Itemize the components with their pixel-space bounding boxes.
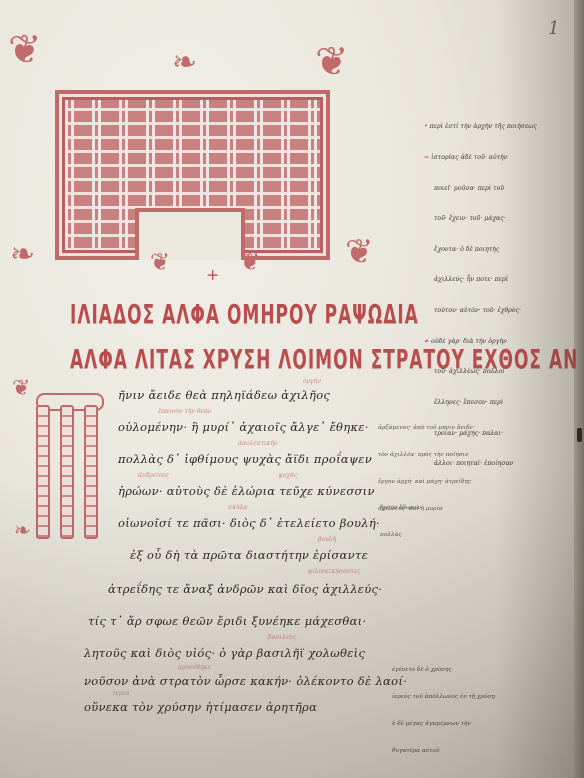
text-line: ἡρώων· αὐτοὺς δὲ ἑλώρια τεῦχε κύνεσσιν xyxy=(118,484,375,498)
flourish-ornament-top-center: ❧ xyxy=(172,48,197,78)
text-line: οἰωνοῖσί τε πᾶσι· διὸς δ᾿ ἐτελείετο βουλ… xyxy=(118,516,380,530)
scholia-lower-right-small: ἤγουν ἔδωκεν πολλάς xyxy=(380,486,421,558)
scholion-line: ≠ οὐδὲ γὰρ· διὰ τὴν ὀργὴν xyxy=(424,337,537,347)
initial-flourish-top: ❦ xyxy=(12,378,30,400)
interlinear-gloss: σκύλα xyxy=(228,504,248,511)
binding-edge xyxy=(574,0,584,778)
scholion-line: = ἱστορίας ἀδὲ τοῦ· αὐτὴν xyxy=(424,153,537,163)
scholion-line: πολλάς xyxy=(380,531,421,540)
scholion-line: • περὶ ἐστί τὴν ἀρχὴν τῆς ποιήσεως xyxy=(424,122,537,132)
flourish-ornament-bottom-inner-left: ❦ xyxy=(150,250,170,274)
interlinear-gloss: βουλή xyxy=(318,536,336,543)
scholion-line: ἱερεὺς τοῦ ἀπόλλωνος ἐν τῇ χρύσῃ xyxy=(392,693,495,702)
text-line: οὕνεκα τὸν χρύσην ἠτίμασεν ἀρητῆρα xyxy=(84,700,317,714)
flourish-ornament-top-right: ❦ xyxy=(315,42,349,82)
interlinear-gloss: ἀπολεστικήν xyxy=(238,440,278,447)
decorated-initial xyxy=(30,385,105,545)
interlinear-gloss: ψυχὰς xyxy=(278,472,297,479)
scholion-line: θυγατέρα αὐτοῦ xyxy=(392,747,495,756)
interlinear-gloss: ὀργὴν xyxy=(303,378,321,385)
ornamental-headpiece xyxy=(55,90,330,260)
scholion-line: τοῦ· ἔχειν· τοῦ· μάχας· xyxy=(424,214,537,224)
scholion-line: ποιεῖ· μοῦσα· περὶ τοῦ xyxy=(424,184,537,194)
interlinear-gloss: προσέθηκε xyxy=(178,664,211,671)
flourish-ornament-bottom-left: ❧ xyxy=(10,240,35,270)
initial-stem-right xyxy=(84,405,98,539)
scholion-line: ἀχιλλεύς· ἦν ποτε· περὶ xyxy=(424,275,537,285)
title-line-1: ΙΛΙΑΔΟΣ ΑΛΦΑ ΟΜΗΡΟΥ ΡΑΨΩΔΙΑ xyxy=(70,300,419,331)
text-line: ἀτρεΐδης τε ἄναξ ἀνδρῶν καὶ δῖος ἀχιλλεύ… xyxy=(108,582,382,596)
interlinear-gloss: ἔπαινον τὴν θεάν xyxy=(158,408,211,415)
initial-stem-middle xyxy=(60,405,74,539)
cross-mark: + xyxy=(206,265,219,284)
scholion-line: ἀρξάμενος· ἀπὸ τοῦ μηνιν ἄειδε· xyxy=(378,424,475,433)
interlinear-gloss: βασιλεὺς xyxy=(268,634,296,641)
text-line: ῆνιν ἄειδε θεὰ πηληϊάδεω ἀχιλῆος xyxy=(118,388,330,402)
scholion-line: ὁ δὲ μέγας ἀγαμέμνων τὴν xyxy=(392,720,495,729)
scholia-bottom-right: ἐγένετο δὲ ὁ χρύσης ἱερεὺς τοῦ ἀπόλλωνος… xyxy=(392,648,495,774)
interlinear-gloss: ἀνδρείους xyxy=(138,472,169,479)
binding-stain xyxy=(577,428,582,442)
text-line: ἐξ οὗ δὴ τὰ πρῶτα διαστήτην ἐρίσαντε xyxy=(130,548,368,562)
scholion-line: ἤγουν ἔδωκεν xyxy=(380,504,421,513)
flourish-ornament-bottom-right: ❦ xyxy=(345,235,374,269)
text-line: λητοῦς καὶ διὸς υἱός· ὁ γὰρ βασιλῆϊ χολω… xyxy=(84,646,365,660)
manuscript-page: 1 ❦ ❧ ❦ ❧ ❦ ❦ ❦ + ΙΛΙΑΔΟΣ ΑΛΦΑ ΟΜΗΡΟΥ ΡΑ… xyxy=(0,0,584,778)
scholion-line: τούτου· αὐτὸν· τοῦ· ἐχθρὸς· xyxy=(424,306,537,316)
interlinear-gloss: φιλονεικήσαντες xyxy=(308,568,360,575)
scholion-line: ἔχοντα· ὁ δὲ ποιητὴς xyxy=(424,245,537,255)
text-line: πολλὰς δ᾿ ἰφθίμους ψυχὰς ἄϊδι προΐαψεν xyxy=(118,452,372,466)
text-line: οὐλομένην· ἣ μυρί᾿ ἀχαιοῖς ἄλγε᾿ ἔθηκε· xyxy=(118,420,369,434)
flourish-ornament-bottom-inner-right: ❦ xyxy=(240,250,260,274)
initial-flourish-bottom: ❧ xyxy=(14,520,31,540)
flourish-ornament-top-left: ❦ xyxy=(8,30,42,70)
initial-stem-left xyxy=(36,405,50,539)
folio-number: 1 xyxy=(548,18,559,39)
text-line: νοῦσον ἀνὰ στρατὸν ὦρσε κακήν· ὀλέκοντο … xyxy=(84,674,407,688)
text-line: τίς τ᾿ ἄρ σφωε θεῶν ἔριδι ξυνέηκε μάχεσθ… xyxy=(88,614,366,628)
scholion-line: ἐγένετο δὲ ὁ χρύσης xyxy=(392,666,495,675)
scholion-line: τὸν ἀχιλλέα· πρὸς τὴν ποίησιν xyxy=(378,451,475,460)
interlinear-gloss: ἱερέα xyxy=(113,690,129,697)
scholion-line: τοῦ· ἀχιλλέως· πολλοὶ xyxy=(424,367,537,377)
